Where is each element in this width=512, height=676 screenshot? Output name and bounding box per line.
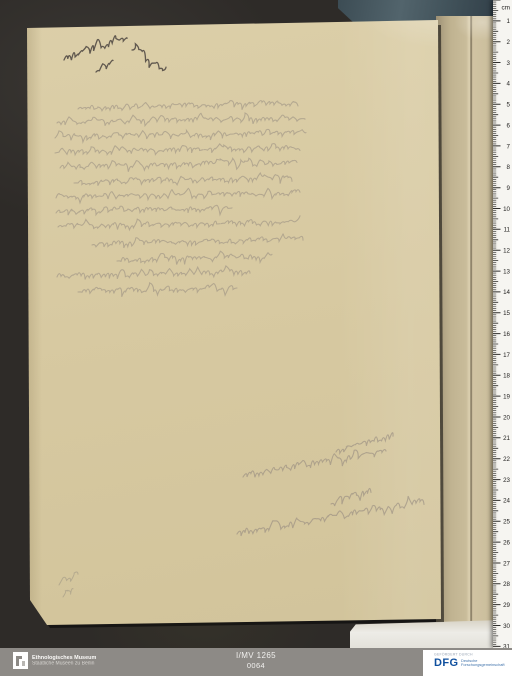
ruler-number: 28: [503, 581, 510, 588]
ruler-number: 2: [507, 39, 511, 46]
ruler-unit-label: cm: [501, 5, 510, 12]
ruler-scale: cm12345678910111213141516171819202122232…: [493, 0, 512, 648]
ruler-number: 6: [507, 122, 511, 129]
document-page: [0, 0, 512, 676]
ruler-number: 20: [503, 414, 510, 421]
ruler-number: 22: [503, 456, 510, 463]
ruler-number: 12: [503, 248, 510, 255]
ruler-number: 8: [507, 164, 511, 171]
ruler-number: 25: [503, 519, 510, 526]
ruler-number: 1: [507, 18, 511, 25]
footer-bar: Ethnologisches Museum Staatliche Museen …: [0, 648, 512, 676]
ruler-number: 26: [503, 539, 510, 546]
dfg-funding-label: GEFÖRDERT DURCH: [434, 653, 479, 655]
ruler-number: 30: [503, 623, 510, 630]
ruler-number: 11: [504, 227, 511, 234]
dfg-org-name: Deutsche Forschungsgemeinschaft: [461, 659, 505, 668]
dfg-logo: DFG: [434, 658, 458, 669]
ruler-number: 19: [503, 394, 510, 401]
scan-viewport: cm12345678910111213141516171819202122232…: [0, 0, 512, 676]
ruler-number: 15: [503, 310, 510, 317]
ruler-number: 4: [507, 81, 511, 88]
ruler-number: 3: [507, 60, 511, 67]
ruler-number: 23: [503, 477, 510, 484]
page-stack-edge: [436, 16, 494, 648]
dfg-funding-box: GEFÖRDERT DURCH DFG Deutsche Forschungsg…: [423, 650, 512, 676]
ruler-number: 10: [503, 206, 510, 213]
ruler-number: 24: [503, 498, 510, 505]
ruler-number: 21: [503, 435, 510, 442]
ruler-number: 17: [503, 352, 510, 359]
ruler-number: 27: [503, 560, 510, 567]
ruler-number: 7: [507, 143, 511, 150]
ruler-number: 9: [507, 185, 511, 192]
ruler-number: 18: [503, 373, 510, 380]
ruler-number: 16: [503, 331, 510, 338]
ruler-number: 5: [507, 102, 511, 109]
underlying-pages: [350, 619, 494, 649]
ruler: cm12345678910111213141516171819202122232…: [493, 0, 512, 648]
ruler-number: 13: [503, 268, 510, 275]
ruler-number: 29: [503, 602, 510, 609]
ruler-number: 14: [503, 289, 510, 296]
